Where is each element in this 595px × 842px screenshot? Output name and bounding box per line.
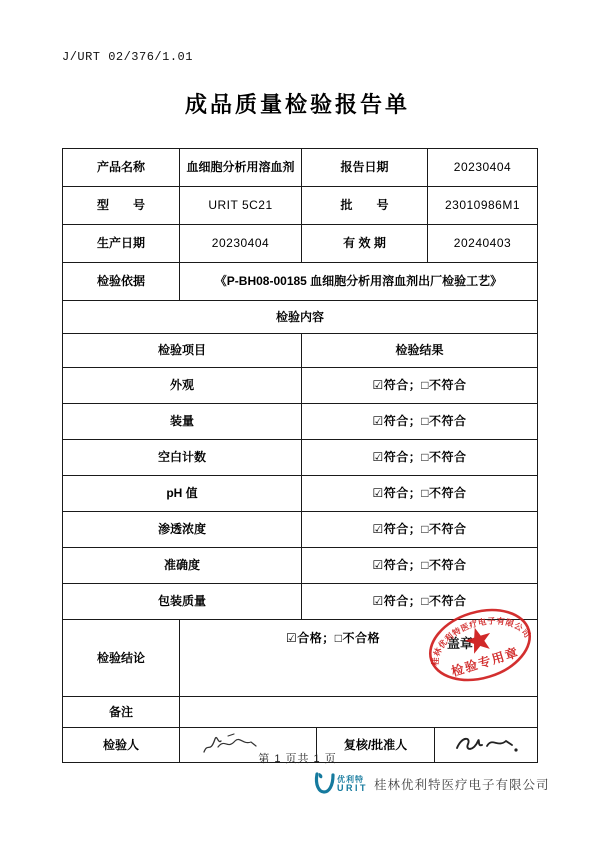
urit-logo-icon [313, 771, 335, 797]
production-date-label: 生产日期 [63, 225, 179, 262]
item-row-appearance: 外观 ☑符合；□不符合 [63, 367, 537, 403]
report-date-label: 报告日期 [301, 149, 427, 186]
item-name: 装量 [63, 404, 301, 439]
item-result: ☑符合；□不符合 [301, 548, 537, 583]
item-result: ☑符合；□不符合 [301, 404, 537, 439]
info-row-model: 型 号 URIT 5C21 批 号 23010986M1 [63, 186, 537, 224]
item-name: pH 值 [63, 476, 301, 511]
product-name-label: 产品名称 [63, 149, 179, 186]
footer-company-name: 桂林优利特医疗电子有限公司 [374, 775, 550, 793]
page-number: 第 1 页共 1 页 [0, 750, 595, 766]
item-row-osmolality: 渗透浓度 ☑符合；□不符合 [63, 511, 537, 547]
inspection-seal-stamp: 桂林优利特医疗电子有限公司 检验专用章 [417, 599, 543, 693]
report-page: J/URT 02/376/1.01 成品质量检验报告单 产品名称 血细胞分析用溶… [0, 0, 595, 842]
item-name: 渗透浓度 [63, 512, 301, 547]
page-title: 成品质量检验报告单 [0, 88, 595, 119]
remark-label: 备注 [63, 697, 179, 727]
model-value: URIT 5C21 [179, 187, 301, 224]
urit-logo-text: 优利特 URIT [337, 776, 368, 793]
item-result: ☑符合；□不符合 [301, 368, 537, 403]
report-date-value: 20230404 [427, 149, 537, 186]
item-row-fill-volume: 装量 ☑符合；□不符合 [63, 403, 537, 439]
product-name-value: 血细胞分析用溶血剂 [179, 149, 301, 186]
basis-label: 检验依据 [63, 263, 179, 300]
batch-label: 批 号 [301, 187, 427, 224]
item-col-header: 检验项目 [63, 334, 301, 367]
logo-english: URIT [337, 784, 368, 793]
item-name: 包装质量 [63, 584, 301, 619]
content-header: 检验内容 [63, 301, 537, 333]
item-name: 准确度 [63, 548, 301, 583]
info-row-product: 产品名称 血细胞分析用溶血剂 报告日期 20230404 [63, 149, 537, 186]
item-result: ☑符合；□不符合 [301, 512, 537, 547]
item-row-ph: pH 值 ☑符合；□不符合 [63, 475, 537, 511]
items-header-row: 检验项目 检验结果 [63, 333, 537, 367]
footer-logo-block: 优利特 URIT 桂林优利特医疗电子有限公司 [313, 771, 550, 797]
doc-code: J/URT 02/376/1.01 [62, 50, 193, 64]
basis-row: 检验依据 《P-BH08-00185 血细胞分析用溶血剂出厂检验工艺》 [63, 262, 537, 300]
content-header-row: 检验内容 [63, 300, 537, 333]
expiry-label: 有 效 期 [301, 225, 427, 262]
conclusion-label: 检验结论 [63, 620, 179, 696]
info-row-dates: 生产日期 20230404 有 效 期 20240403 [63, 224, 537, 262]
conclusion-result: ☑合格；□不合格 [286, 631, 380, 645]
model-label: 型 号 [63, 187, 179, 224]
production-date-value: 20230404 [179, 225, 301, 262]
item-name: 外观 [63, 368, 301, 403]
item-result: ☑符合；□不符合 [301, 476, 537, 511]
item-name: 空白计数 [63, 440, 301, 475]
remark-row: 备注 [63, 696, 537, 727]
remark-value [179, 697, 537, 727]
expiry-value: 20240403 [427, 225, 537, 262]
basis-value: 《P-BH08-00185 血细胞分析用溶血剂出厂检验工艺》 [179, 263, 537, 300]
item-row-accuracy: 准确度 ☑符合；□不符合 [63, 547, 537, 583]
item-row-blank-count: 空白计数 ☑符合；□不符合 [63, 439, 537, 475]
result-col-header: 检验结果 [301, 334, 537, 367]
batch-value: 23010986M1 [427, 187, 537, 224]
item-result: ☑符合；□不符合 [301, 440, 537, 475]
seal-purpose-text: 检验专用章 [449, 644, 520, 679]
